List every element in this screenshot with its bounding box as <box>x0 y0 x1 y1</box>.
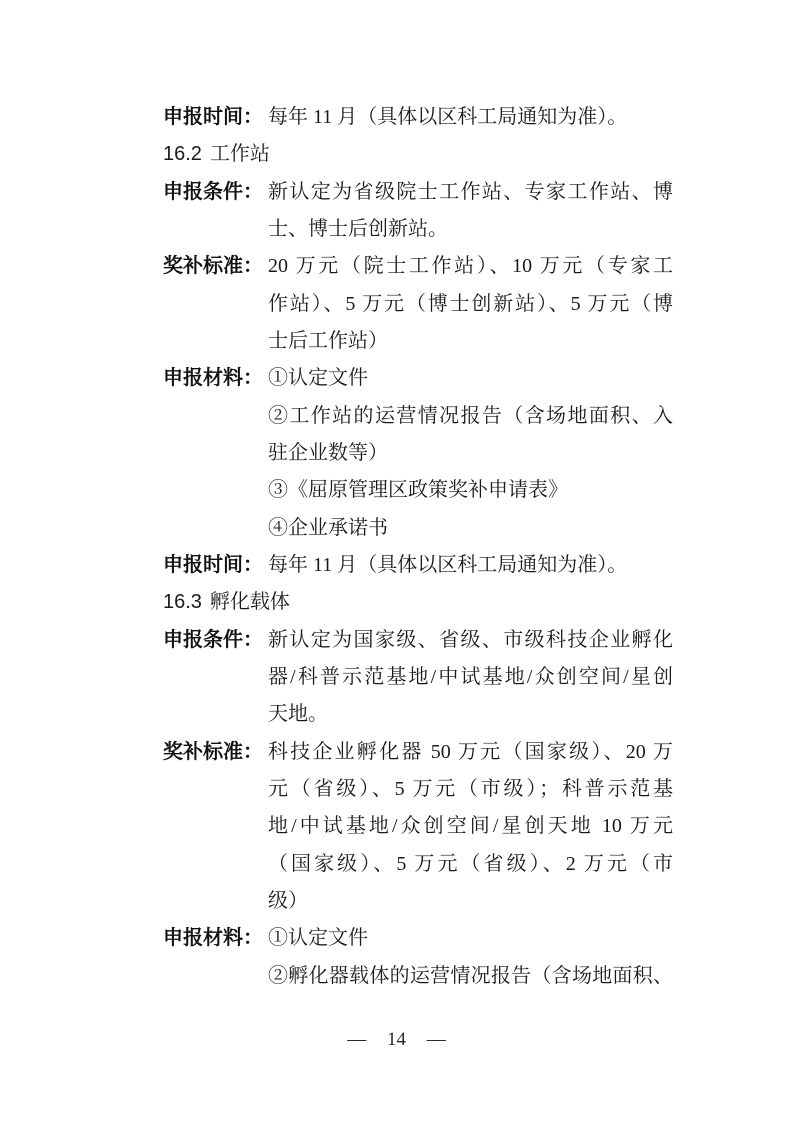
text-line: 器/科普示范基地/中试基地/众创空间/星创 <box>163 659 673 696</box>
field-label: 申报时间： <box>163 99 263 136</box>
text-line: （国家级）、5 万元（省级）、2 万元（市 <box>163 846 673 883</box>
text-line: 申报材料：①认定文件 <box>163 920 673 957</box>
section-heading-line: 16.3孵化载体 <box>163 584 673 621</box>
text-line: 天地。 <box>163 696 673 733</box>
document-page: 申报时间：每年 11 月（具体以区科工局通知为准）。16.2工作站申报条件：新认… <box>0 0 793 1122</box>
line-text: 每年 11 月（具体以区科工局通知为准）。 <box>268 99 673 136</box>
line-text: 士后工作站） <box>268 323 673 360</box>
field-label: 申报材料： <box>163 920 263 957</box>
section-heading-line: 16.2工作站 <box>163 136 673 173</box>
text-line: 申报时间：每年 11 月（具体以区科工局通知为准）。 <box>163 547 673 584</box>
field-label: 奖补标准： <box>163 734 263 771</box>
text-line: 申报材料：①认定文件 <box>163 360 673 397</box>
text-line: 士、博士后创新站。 <box>163 211 673 248</box>
field-row: 申报时间：每年 11 月（具体以区科工局通知为准）。 <box>163 547 673 584</box>
line-text: ①认定文件 <box>268 920 673 957</box>
text-line: 级） <box>163 883 673 920</box>
line-text: ③《屈原管理区政策奖补申请表》 <box>268 472 673 509</box>
line-text: （国家级）、5 万元（省级）、2 万元（市 <box>268 846 673 883</box>
line-text: 士、博士后创新站。 <box>268 211 673 248</box>
field-row: 申报条件：新认定为省级院士工作站、专家工作站、博士、博士后创新站。 <box>163 174 673 249</box>
text-line: 奖补标准：20 万元（院士工作站）、10 万元（专家工 <box>163 248 673 285</box>
text-line: 申报时间：每年 11 月（具体以区科工局通知为准）。 <box>163 99 673 136</box>
line-text: 元（省级）、5 万元（市级）；科普示范基 <box>268 771 673 808</box>
section-number: 16.2 <box>163 143 202 165</box>
line-text: 天地。 <box>268 696 673 733</box>
field-label: 申报材料： <box>163 360 263 397</box>
text-line: ②工作站的运营情况报告（含场地面积、入 <box>163 398 673 435</box>
line-text: 每年 11 月（具体以区科工局通知为准）。 <box>268 547 673 584</box>
field-row: 申报条件：新认定为国家级、省级、市级科技企业孵化器/科普示范基地/中试基地/众创… <box>163 622 673 734</box>
text-line: 申报条件：新认定为省级院士工作站、专家工作站、博 <box>163 174 673 211</box>
section-title: 孵化载体 <box>210 591 290 613</box>
text-line: 士后工作站） <box>163 323 673 360</box>
line-text: 地/中试基地/众创空间/星创天地 10 万元 <box>268 808 673 845</box>
section-heading-row: 16.2工作站 <box>163 136 673 173</box>
line-text: 科技企业孵化器 50 万元（国家级）、20 万 <box>268 734 673 771</box>
section-heading-row: 16.3孵化载体 <box>163 584 673 621</box>
line-text: 驻企业数等） <box>268 435 673 472</box>
field-label: 申报条件： <box>163 622 263 659</box>
field-row: 申报材料：①认定文件 <box>163 920 673 957</box>
field-row: 申报材料：①认定文件 <box>163 360 673 397</box>
continuation-row: ④企业承诺书 <box>163 510 673 547</box>
continuation-row: ③《屈原管理区政策奖补申请表》 <box>163 472 673 509</box>
text-line: 元（省级）、5 万元（市级）；科普示范基 <box>163 771 673 808</box>
text-line: 驻企业数等） <box>163 435 673 472</box>
section-title: 工作站 <box>210 143 270 165</box>
line-text: 作站）、5 万元（博士创新站）、5 万元（博 <box>268 286 673 323</box>
line-text: ②孵化器载体的运营情况报告（含场地面积、 <box>268 958 673 995</box>
section-number: 16.3 <box>163 591 202 613</box>
field-row: 申报时间：每年 11 月（具体以区科工局通知为准）。 <box>163 99 673 136</box>
field-row: 奖补标准：科技企业孵化器 50 万元（国家级）、20 万元（省级）、5 万元（市… <box>163 734 673 921</box>
continuation-row: ②孵化器载体的运营情况报告（含场地面积、 <box>163 958 673 995</box>
text-line: 地/中试基地/众创空间/星创天地 10 万元 <box>163 808 673 845</box>
text-line: 申报条件：新认定为国家级、省级、市级科技企业孵化 <box>163 622 673 659</box>
line-text: 新认定为国家级、省级、市级科技企业孵化 <box>268 622 673 659</box>
text-line: 作站）、5 万元（博士创新站）、5 万元（博 <box>163 286 673 323</box>
continuation-row: ②工作站的运营情况报告（含场地面积、入驻企业数等） <box>163 398 673 473</box>
text-line: 奖补标准：科技企业孵化器 50 万元（国家级）、20 万 <box>163 734 673 771</box>
field-label: 申报时间： <box>163 547 263 584</box>
text-line: ④企业承诺书 <box>163 510 673 547</box>
text-line: ③《屈原管理区政策奖补申请表》 <box>163 472 673 509</box>
field-label: 奖补标准： <box>163 248 263 285</box>
line-text: 新认定为省级院士工作站、专家工作站、博 <box>268 174 673 211</box>
field-label: 申报条件： <box>163 174 263 211</box>
line-text: 级） <box>268 883 673 920</box>
field-row: 奖补标准：20 万元（院士工作站）、10 万元（专家工作站）、5 万元（博士创新… <box>163 248 673 360</box>
line-text: 器/科普示范基地/中试基地/众创空间/星创 <box>268 659 673 696</box>
line-text: ①认定文件 <box>268 360 673 397</box>
line-text: 20 万元（院士工作站）、10 万元（专家工 <box>268 248 673 285</box>
line-text: ④企业承诺书 <box>268 510 673 547</box>
text-line: ②孵化器载体的运营情况报告（含场地面积、 <box>163 958 673 995</box>
page-number: — 14 — <box>0 1026 793 1054</box>
line-text: ②工作站的运营情况报告（含场地面积、入 <box>268 398 673 435</box>
document-body: 申报时间：每年 11 月（具体以区科工局通知为准）。16.2工作站申报条件：新认… <box>163 99 673 995</box>
